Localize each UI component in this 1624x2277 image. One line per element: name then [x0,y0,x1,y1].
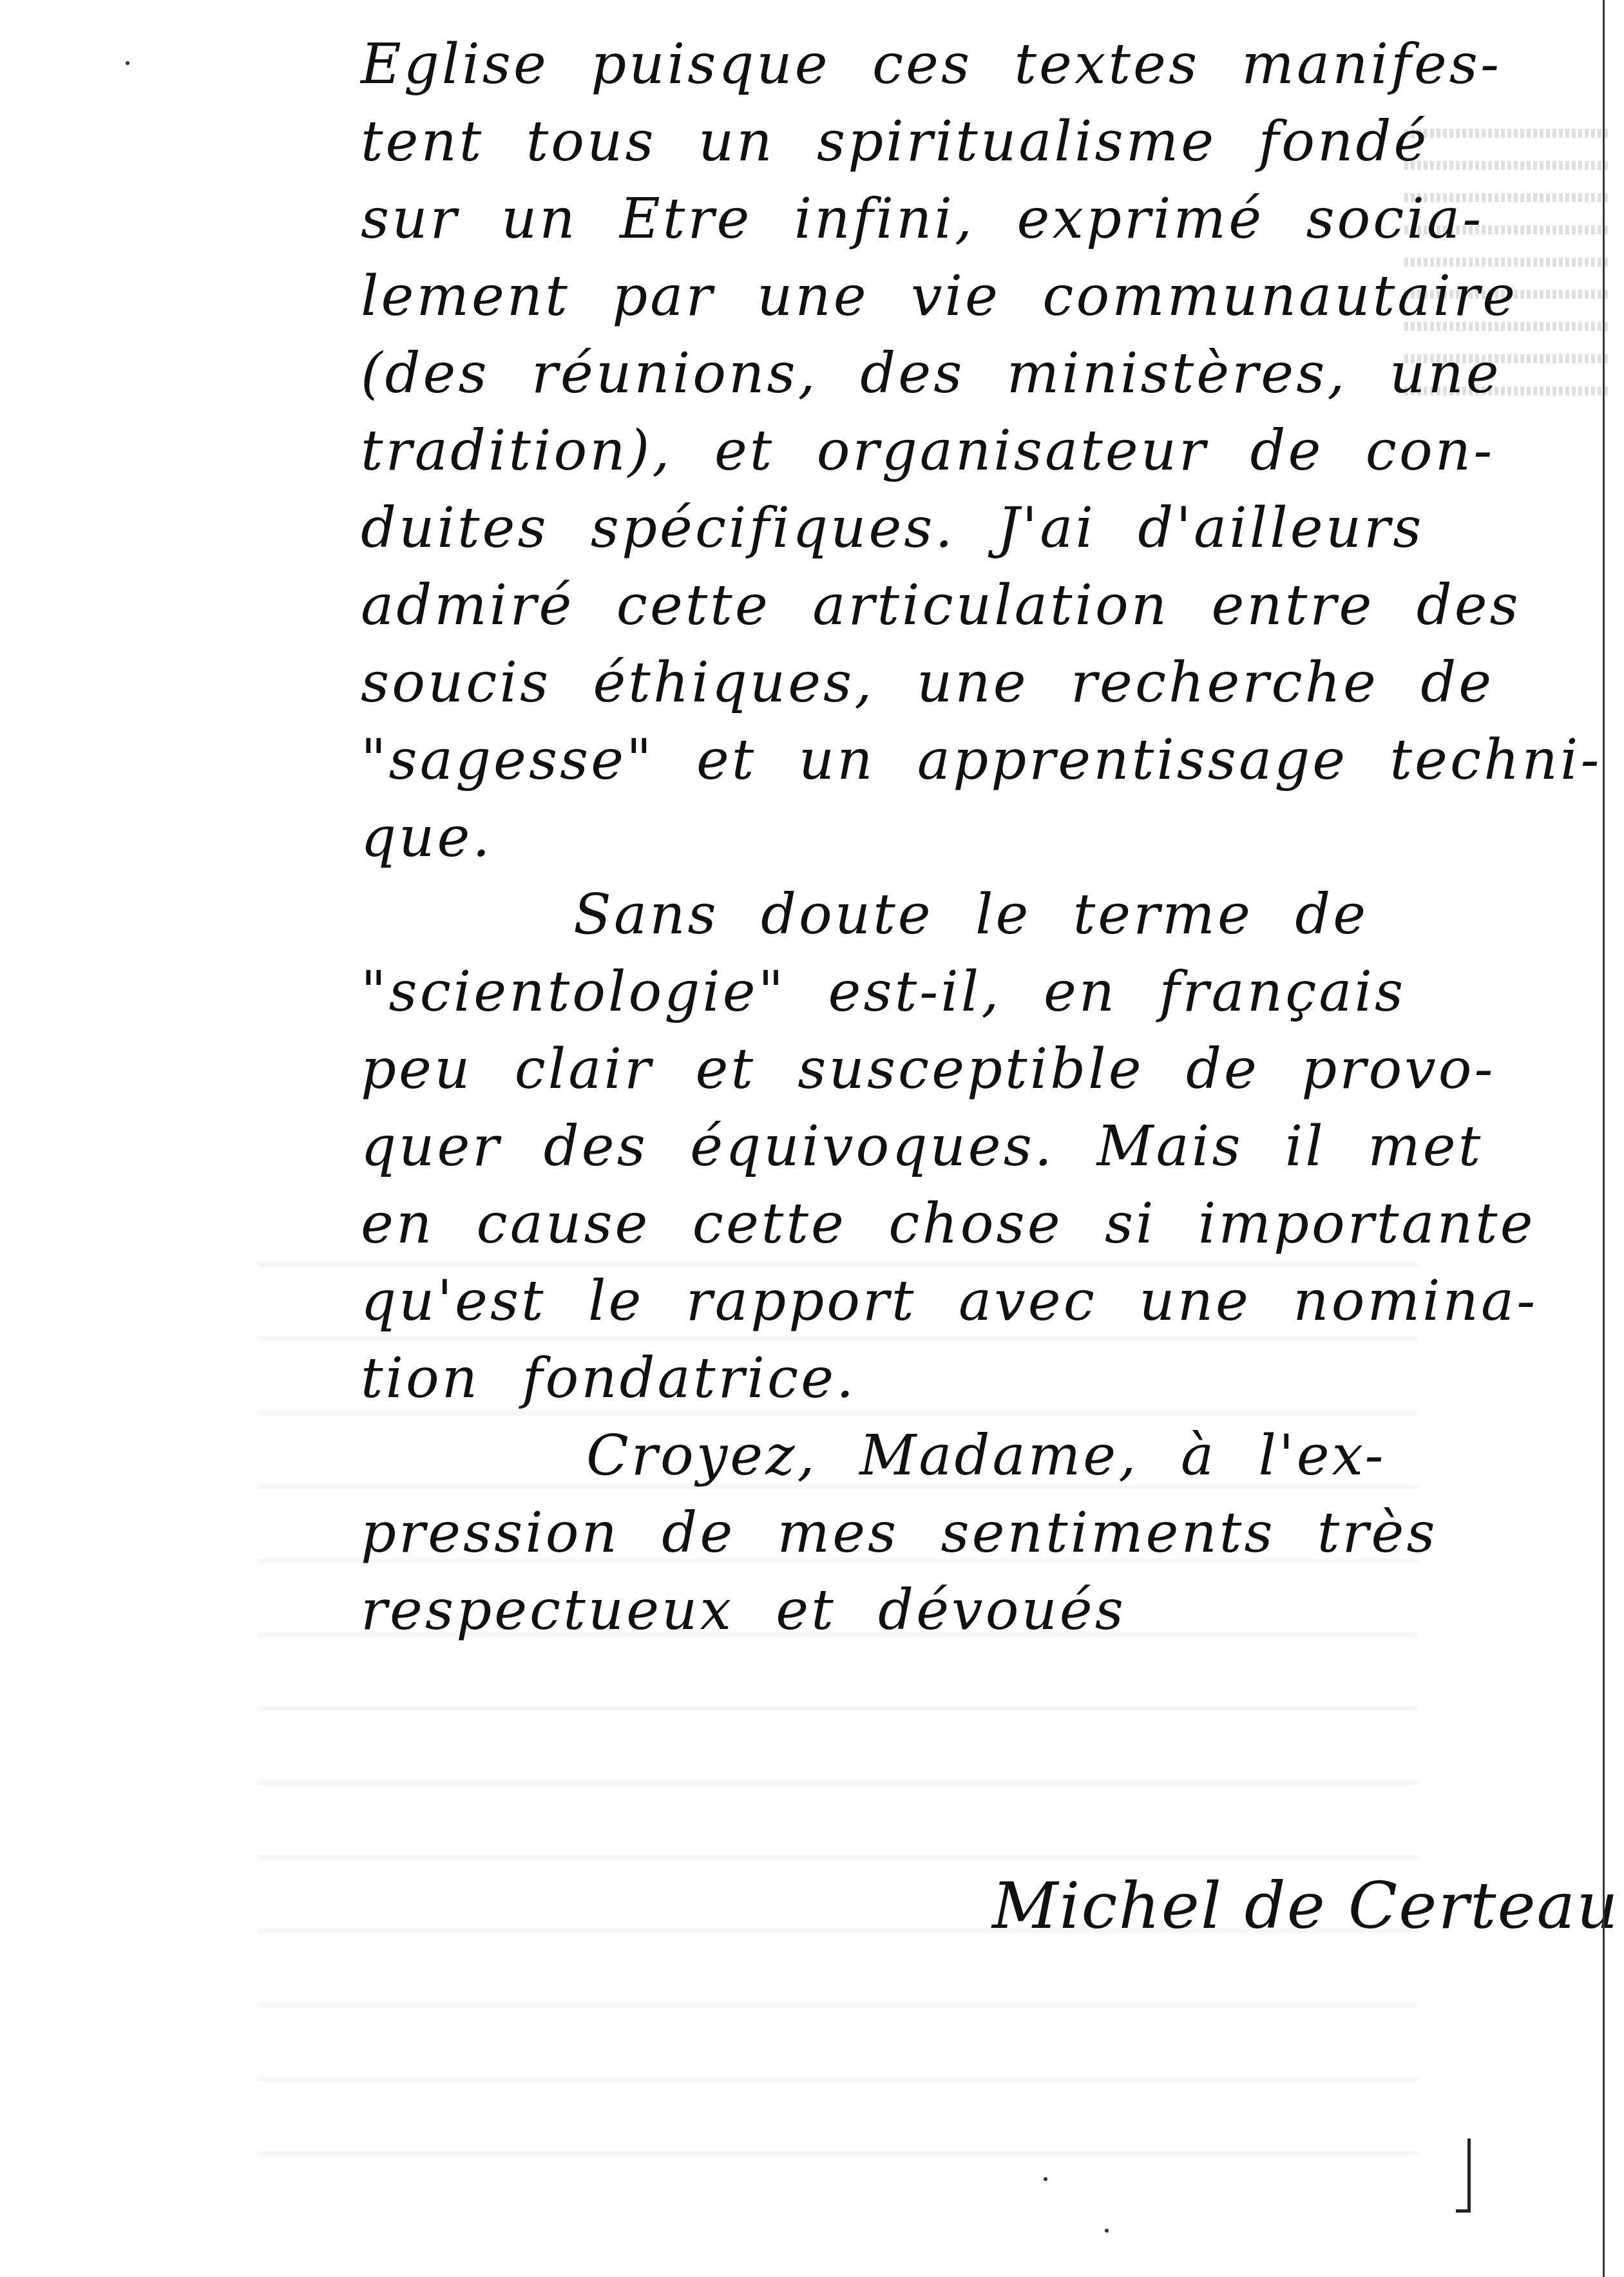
letter-line: que. [361,799,1482,876]
closing-line: respectueux et dévoués [361,1572,1482,1649]
closing-line: pression de mes sentiments très [361,1494,1482,1572]
scan-speck [126,61,129,65]
letter-line: duites spécifiques. J'ai d'ailleurs [361,490,1482,567]
letter-line: admiré cette articulation entre des [361,567,1482,644]
letter-line: quer des équivoques. Mais il met [361,1108,1482,1185]
letter-line: lement par une vie communautaire [361,258,1482,335]
letter-line: peu clair et susceptible de provo- [361,1031,1482,1108]
letter-line: tradition), et organisateur de con- [361,412,1482,490]
crop-corner-mark [1456,2139,1471,2213]
letter-line: soucis éthiques, une recherche de [361,644,1482,721]
letter-line: tion fondatrice. [361,1340,1482,1417]
scan-speck [1044,2177,1047,2181]
letter-line: Sans doute le terme de [361,876,1482,953]
letter-line: "scientologie" est-il, en français [361,953,1482,1031]
closing-line: Croyez, Madame, à l'ex- [361,1417,1482,1494]
letter-page: Eglise puisque ces textes manifes- tent … [0,0,1624,2277]
page-edge-line [1603,0,1605,2277]
letter-line: sur un Etre infini, exprimé socia- [361,180,1482,258]
letter-body: Eglise puisque ces textes manifes- tent … [361,26,1482,1649]
letter-line: qu'est le rapport avec une nomina- [361,1262,1482,1340]
letter-line: en cause cette chose si importante [361,1185,1482,1262]
signature: Michel de Certeau [992,1868,1619,1943]
letter-line: "sagesse" et un apprentissage techni- [361,721,1482,799]
scan-speck [1105,2229,1109,2233]
letter-line: Eglise puisque ces textes manifes- [361,26,1482,103]
letter-line: (des réunions, des ministères, une [361,335,1482,412]
letter-line: tent tous un spiritualisme fondé [361,103,1482,180]
